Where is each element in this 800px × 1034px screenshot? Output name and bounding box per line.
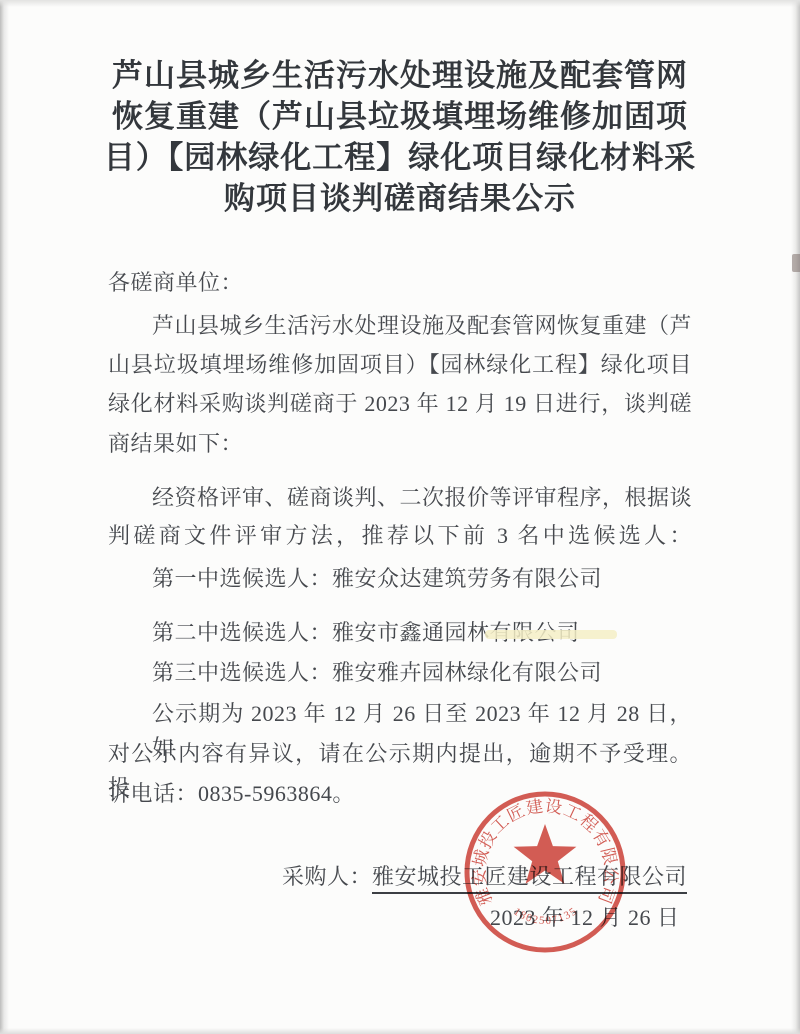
scanned-document-page: 芦山县城乡生活污水处理设施及配套管网 恢复重建（芦山县垃圾填埋场维修加固项 目）…: [0, 0, 800, 1034]
purchaser-label: 采购人：: [282, 864, 372, 889]
intro-line: 商结果如下：: [108, 427, 692, 461]
title-line: 目）【园林绿化工程】绿化项目绿化材料采: [80, 137, 720, 178]
title-line: 恢复重建（芦山县垃圾填埋场维修加固项: [80, 96, 720, 137]
seal-star-icon: [514, 824, 577, 884]
scan-highlight-artifact: [485, 630, 617, 639]
intro-line: 绿化材料采购谈判磋商于 2023 年 12 月 19 日进行，谈判磋: [108, 387, 692, 421]
document-title: 芦山县城乡生活污水处理设施及配套管网 恢复重建（芦山县垃圾填埋场维修加固项 目）…: [80, 55, 720, 219]
evaluation-line: 判磋商文件评审方法，推荐以下前 3 名中选候选人：: [108, 519, 692, 553]
title-line: 购项目谈判磋商结果公示: [80, 178, 720, 219]
scan-edge-bottom: [0, 1028, 800, 1034]
scan-edge-top: [0, 0, 800, 7]
company-seal-stamp: 雅安城投工匠建设工程有限公司 1802507135: [450, 777, 640, 967]
evaluation-line: 经资格评审、磋商谈判、二次报价等评审程序，根据谈: [108, 481, 692, 515]
candidate-line-third: 第三中选候选人：雅安雅卉园林绿化有限公司: [108, 656, 692, 690]
scan-edge-right: [791, 0, 800, 1034]
seal-serial-number: 1802507135: [511, 905, 580, 927]
scan-edge-left: [0, 0, 9, 1034]
salutation: 各磋商单位：: [108, 266, 692, 300]
intro-line: 芦山县城乡生活污水处理设施及配套管网恢复重建（芦: [108, 309, 692, 343]
scan-edge-artifact: [792, 254, 800, 272]
intro-line: 山县垃圾填埋场维修加固项目）【园林绿化工程】绿化项目: [108, 348, 692, 382]
candidate-line-first: 第一中选候选人：雅安众达建筑劳务有限公司: [108, 562, 692, 596]
title-line: 芦山县城乡生活污水处理设施及配套管网: [80, 55, 720, 96]
